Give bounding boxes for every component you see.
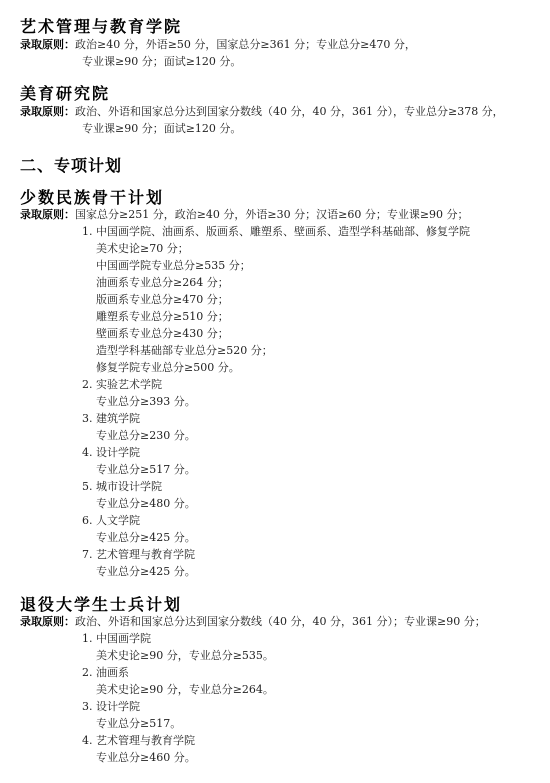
- list-item-label: 6. 人文学院: [82, 514, 140, 528]
- list-item-detail: 美术史论≥90 分，专业总分≥535。: [96, 649, 274, 663]
- section-title-art-management: 艺术管理与教育学院: [20, 14, 182, 37]
- list-item-detail: 专业总分≥460 分。: [96, 751, 196, 765]
- list-item-label: 3. 设计学院: [82, 700, 140, 714]
- list-item-detail: 专业总分≥393 分。: [96, 395, 196, 409]
- admission-principle-line: 录取原则：政治、外语和国家总分达到国家分数线（40 分，40 分，361 分），…: [20, 105, 504, 119]
- list-item-detail: 专业总分≥425 分。: [96, 531, 196, 545]
- list-item-detail: 壁画系专业总分≥430 分；: [96, 327, 229, 341]
- principle-label: 录取原则：: [20, 615, 75, 628]
- list-item-detail: 专业总分≥480 分。: [96, 497, 196, 511]
- list-item-detail: 造型学科基础部专业总分≥520 分；: [96, 344, 273, 358]
- list-item-label: 1. 中国画学院: [82, 632, 151, 646]
- list-item-detail: 中国画学院专业总分≥535 分；: [96, 259, 251, 273]
- principle-label: 录取原则：: [20, 208, 75, 221]
- list-item-detail: 专业总分≥517。: [96, 717, 181, 731]
- list-item-label: 2. 实验艺术学院: [82, 378, 162, 392]
- section-title-minority-plan: 少数民族骨干计划: [20, 185, 164, 208]
- list-item-label: 7. 艺术管理与教育学院: [82, 548, 195, 562]
- admission-principle-line: 录取原则：政治、外语和国家总分达到国家分数线（40 分，40 分，361 分）；…: [20, 615, 486, 629]
- list-item-label: 4. 设计学院: [82, 446, 140, 460]
- list-item-detail: 美术史论≥90 分，专业总分≥264。: [96, 683, 274, 697]
- list-item-label: 3. 建筑学院: [82, 412, 140, 426]
- list-item-detail: 油画系专业总分≥264 分；: [96, 276, 229, 290]
- principle-label: 录取原则：: [20, 105, 75, 118]
- list-item-label: 1. 中国画学院、油画系、版画系、雕塑系、壁画系、造型学科基础部、修复学院: [82, 225, 470, 239]
- principle-continuation: 专业课≥90 分；面试≥120 分。: [82, 55, 241, 69]
- admission-principle-line: 录取原则：政治≥40 分，外语≥50 分，国家总分≥361 分；专业总分≥470…: [20, 38, 416, 52]
- principle-text: 政治、外语和国家总分达到国家分数线（40 分，40 分，361 分），专业总分≥…: [75, 105, 504, 118]
- heading-special-plans: 二、专项计划: [20, 153, 122, 176]
- list-item-detail: 修复学院专业总分≥500 分。: [96, 361, 240, 375]
- admission-principle-line: 录取原则：国家总分≥251 分，政治≥40 分，外语≥30 分；汉语≥60 分；…: [20, 208, 469, 222]
- list-item-detail: 专业总分≥517 分。: [96, 463, 196, 477]
- list-item-label: 4. 艺术管理与教育学院: [82, 734, 195, 748]
- list-item-label: 5. 城市设计学院: [82, 480, 162, 494]
- list-item-detail: 专业总分≥230 分。: [96, 429, 196, 443]
- principle-continuation: 专业课≥90 分；面试≥120 分。: [82, 122, 241, 136]
- list-item-detail: 专业总分≥425 分。: [96, 565, 196, 579]
- list-item-detail: 美术史论≥70 分；: [96, 242, 189, 256]
- list-item-detail: 版画系专业总分≥470 分；: [96, 293, 229, 307]
- principle-text: 国家总分≥251 分，政治≥40 分，外语≥30 分；汉语≥60 分；专业课≥9…: [75, 208, 469, 221]
- list-item-label: 2. 油画系: [82, 666, 129, 680]
- section-title-veterans-plan: 退役大学生士兵计划: [20, 592, 182, 615]
- principle-text: 政治≥40 分，外语≥50 分，国家总分≥361 分；专业总分≥470 分，: [75, 38, 416, 51]
- principle-label: 录取原则：: [20, 38, 75, 51]
- list-item-detail: 雕塑系专业总分≥510 分；: [96, 310, 229, 324]
- principle-text: 政治、外语和国家总分达到国家分数线（40 分，40 分，361 分）；专业课≥9…: [75, 615, 486, 628]
- section-title-aesthetic-education: 美育研究院: [20, 81, 110, 104]
